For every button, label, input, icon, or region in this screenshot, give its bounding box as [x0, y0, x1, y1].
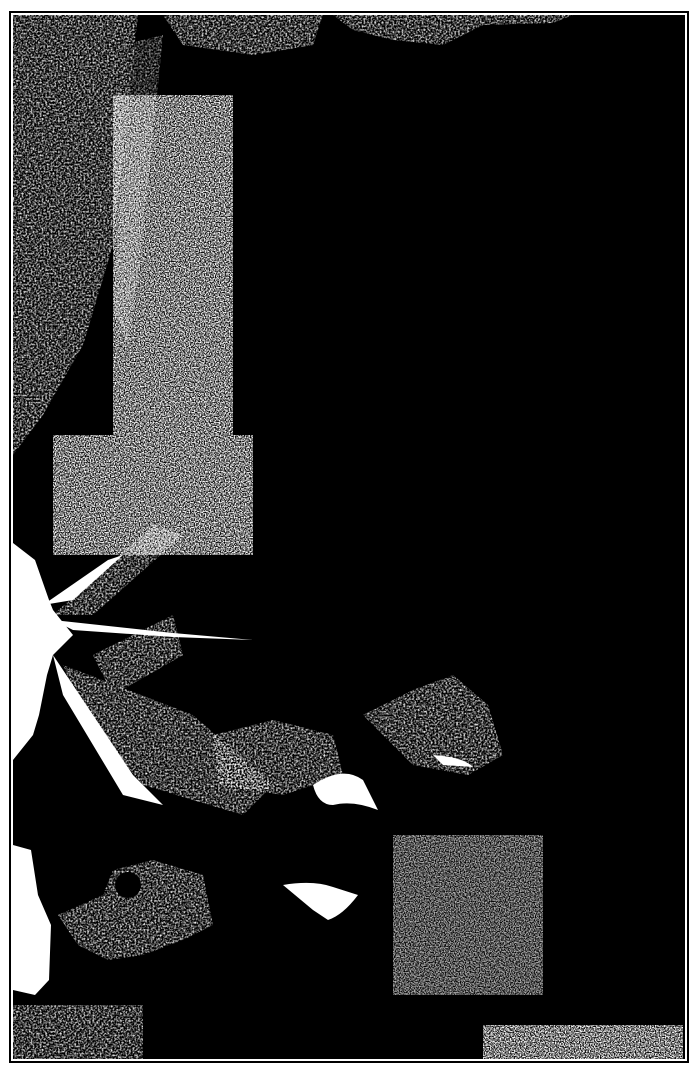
top-edge-highlights: [163, 15, 573, 55]
bottom-corner-texture: [13, 1005, 143, 1059]
right-specks: [393, 835, 683, 1059]
bottom-left-dark-spot: [115, 872, 141, 898]
photo-canvas: [13, 15, 685, 1059]
bottom-left-blob: [13, 845, 51, 995]
binarized-photo: [13, 15, 685, 1059]
bottom-center-blob: [283, 883, 358, 920]
